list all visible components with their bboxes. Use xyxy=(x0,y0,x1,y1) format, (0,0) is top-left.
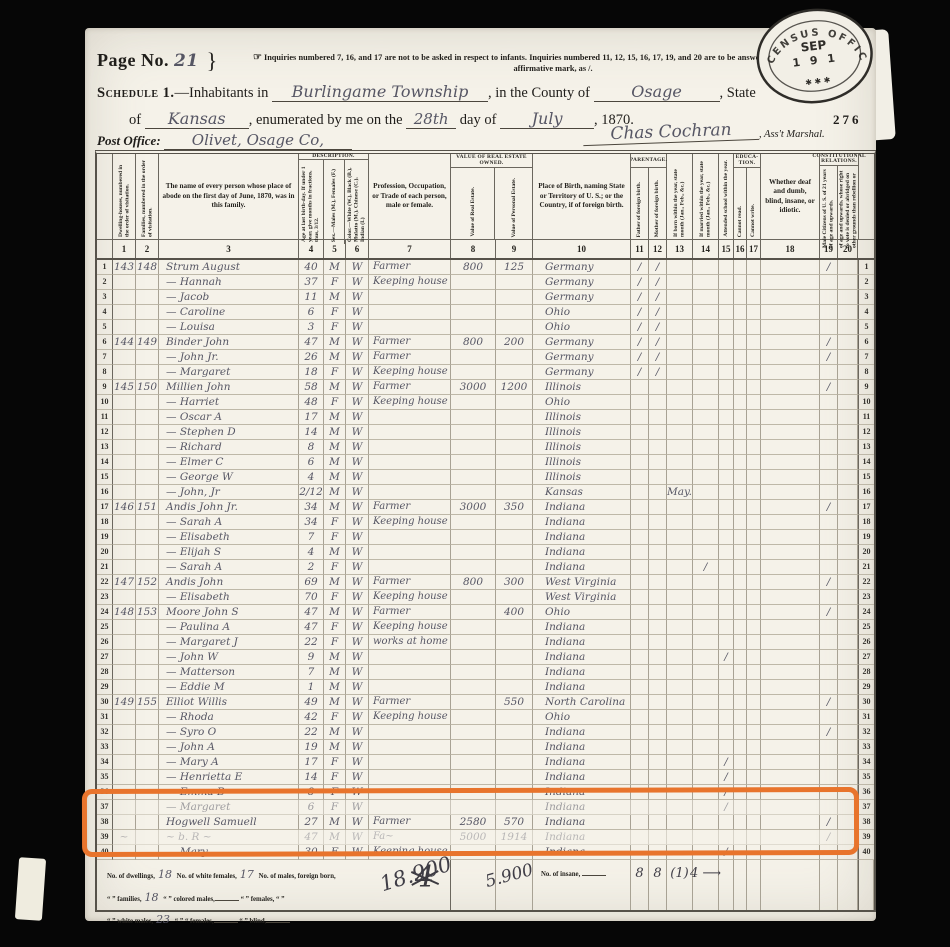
col18-label: Whether deaf and dumb, blind, insane, or… xyxy=(761,176,819,217)
line-number-left: 8 xyxy=(97,365,113,380)
cell-col: W xyxy=(346,290,369,305)
cell-fam xyxy=(136,455,159,470)
col13-header: If born within the year, state month (Ja… xyxy=(667,154,693,239)
cell-c16 xyxy=(734,395,747,410)
cell-dw xyxy=(113,680,136,695)
cell-c12: / xyxy=(649,290,667,305)
cell-c12 xyxy=(649,560,667,575)
cell-c13 xyxy=(667,275,693,290)
cell-dw xyxy=(113,350,136,365)
cell-occ xyxy=(369,665,451,680)
cell-c11 xyxy=(631,545,649,560)
cell-c14 xyxy=(693,665,719,680)
cell-sex: M xyxy=(324,470,346,485)
line-number-right: 39 xyxy=(858,830,874,845)
cell-c15 xyxy=(719,500,734,515)
cell-re xyxy=(451,560,496,575)
cell-c20 xyxy=(838,515,858,530)
line-number-right: 37 xyxy=(858,800,874,815)
cell-re xyxy=(451,695,496,710)
cell-c14 xyxy=(693,350,719,365)
cell-re xyxy=(451,305,496,320)
cell-birth: Indiana xyxy=(533,650,631,665)
col20-total-cell xyxy=(838,860,858,910)
cell-dw xyxy=(113,305,136,320)
cell-c15 xyxy=(719,305,734,320)
cell-birth: West Virginia xyxy=(533,590,631,605)
cell-dw: 148 xyxy=(113,605,136,620)
cell-c14 xyxy=(693,740,719,755)
cell-fam xyxy=(136,740,159,755)
cell-c20 xyxy=(838,545,858,560)
cell-age: 1 xyxy=(299,680,324,695)
cell-re: 800 xyxy=(451,260,496,275)
cell-age: 3 xyxy=(299,320,324,335)
cell-c15 xyxy=(719,410,734,425)
cell-c19: / xyxy=(820,575,838,590)
cell-c18 xyxy=(761,755,820,770)
cell-c18 xyxy=(761,290,820,305)
cell-c15 xyxy=(719,710,734,725)
cell-c12 xyxy=(649,605,667,620)
cell-c20 xyxy=(838,485,858,500)
cell-col: W xyxy=(346,365,369,380)
table-row: 7— John Jr.26MWFarmerGermany///7 xyxy=(97,350,874,365)
cell-c11 xyxy=(631,395,649,410)
cell-pe xyxy=(496,665,533,680)
cell-c11 xyxy=(631,620,649,635)
of-label: of xyxy=(129,112,141,128)
cell-c11 xyxy=(631,530,649,545)
cell-c13 xyxy=(667,740,693,755)
cell-c12 xyxy=(649,485,667,500)
enumerated-label: , enumerated by me on the xyxy=(249,112,403,128)
cell-c17 xyxy=(747,620,761,635)
cell-c11 xyxy=(631,725,649,740)
blank-line xyxy=(266,914,290,923)
cell-c18 xyxy=(761,320,820,335)
col7-header: Profession, Occupation, or Trade of each… xyxy=(369,154,451,239)
table-row: 11— Oscar A17MWIllinois11 xyxy=(97,410,874,425)
col20-label: Male Citizens of U. S. of 21 years of ag… xyxy=(838,166,858,250)
cell-c13 xyxy=(667,410,693,425)
column-number: 15 xyxy=(719,240,734,258)
cell-dw xyxy=(113,665,136,680)
cell-name: — Louisa xyxy=(159,320,299,335)
cell-c15 xyxy=(719,725,734,740)
line-number-right: 15 xyxy=(858,470,874,485)
cell-c19 xyxy=(820,395,838,410)
column-number: 16 xyxy=(734,240,747,258)
cell-c17 xyxy=(747,380,761,395)
cell-col: W xyxy=(346,665,369,680)
cell-pe: 200 xyxy=(496,335,533,350)
col20-header: Male Citizens of U. S. of 21 years of ag… xyxy=(838,166,858,250)
cell-age: 7 xyxy=(299,530,324,545)
parentage-group-label: Parentage. xyxy=(631,154,666,168)
cell-c13 xyxy=(667,635,693,650)
cell-dw xyxy=(113,410,136,425)
cell-dw: 146 xyxy=(113,500,136,515)
highlight-box-row-38 xyxy=(82,787,859,857)
cell-c18 xyxy=(761,530,820,545)
cell-c12 xyxy=(649,770,667,785)
cell-c16 xyxy=(734,290,747,305)
col17-label: Cannot write. xyxy=(750,202,756,239)
page-no-label: Page No. xyxy=(97,50,169,70)
cell-c15 xyxy=(719,335,734,350)
cell-c11 xyxy=(631,470,649,485)
cell-birth: Illinois xyxy=(533,455,631,470)
cell-re xyxy=(451,350,496,365)
cell-c20 xyxy=(838,320,858,335)
col14-header: If married within the year, state month … xyxy=(693,154,719,239)
table-header: Dwelling-houses, numbered in the order o… xyxy=(97,154,874,240)
col14-label: If married within the year, state month … xyxy=(699,155,712,239)
line-number-left: 16 xyxy=(97,485,113,500)
cell-col: W xyxy=(346,650,369,665)
cell-fam: 151 xyxy=(136,500,159,515)
cell-c12 xyxy=(649,515,667,530)
cell-c11 xyxy=(631,500,649,515)
cell-c13 xyxy=(667,665,693,680)
cell-c14 xyxy=(693,770,719,785)
cell-re xyxy=(451,290,496,305)
cell-c17 xyxy=(747,545,761,560)
cell-c19 xyxy=(820,425,838,440)
cell-dw: 144 xyxy=(113,335,136,350)
cell-c14 xyxy=(693,725,719,740)
cell-c20 xyxy=(838,770,858,785)
cell-pe xyxy=(496,275,533,290)
cell-col: W xyxy=(346,545,369,560)
cell-re xyxy=(451,605,496,620)
line-number-right: 20 xyxy=(858,545,874,560)
cell-name: — Hannah xyxy=(159,275,299,290)
cell-c13 xyxy=(667,560,693,575)
cell-pe: 400 xyxy=(496,605,533,620)
cell-fam xyxy=(136,470,159,485)
cell-c15 xyxy=(719,350,734,365)
cell-c14 xyxy=(693,710,719,725)
cell-c13 xyxy=(667,440,693,455)
cell-name: — George W xyxy=(159,470,299,485)
cell-birth: Ohio xyxy=(533,305,631,320)
cell-sex: F xyxy=(324,560,346,575)
col17-total-cell xyxy=(747,860,761,910)
cell-col: W xyxy=(346,335,369,350)
cell-name: — Eddie M xyxy=(159,680,299,695)
pointing-hand-icon: ☞ xyxy=(253,52,264,63)
cell-name: — Richard xyxy=(159,440,299,455)
col11-label: Father of foreign birth. xyxy=(636,180,642,239)
cell-pe xyxy=(496,530,533,545)
cell-sex: M xyxy=(324,605,346,620)
cell-birth: Illinois xyxy=(533,440,631,455)
cell-fam xyxy=(136,410,159,425)
cell-c18 xyxy=(761,440,820,455)
cell-name: — Paulina A xyxy=(159,620,299,635)
cell-c20 xyxy=(838,290,858,305)
line-number-right: 5 xyxy=(858,320,874,335)
line-number-left: 21 xyxy=(97,560,113,575)
cell-occ xyxy=(369,305,451,320)
cell-sex: M xyxy=(324,695,346,710)
cell-occ: Keeping house xyxy=(369,620,451,635)
cell-c16 xyxy=(734,440,747,455)
cell-col: W xyxy=(346,590,369,605)
cell-occ: Farmer xyxy=(369,575,451,590)
line-number-left: 30 xyxy=(97,695,113,710)
cell-col: W xyxy=(346,350,369,365)
col10-label: Place of Birth, naming State or Territor… xyxy=(533,180,630,212)
cell-dw xyxy=(113,290,136,305)
cell-c19: / xyxy=(820,605,838,620)
cell-col: W xyxy=(346,395,369,410)
cell-c16 xyxy=(734,650,747,665)
cell-col: W xyxy=(346,260,369,275)
col10-header: Place of Birth, naming State or Territor… xyxy=(533,154,631,239)
cell-birth: Indiana xyxy=(533,680,631,695)
cell-c19 xyxy=(820,620,838,635)
cell-c15: / xyxy=(719,755,734,770)
cell-col: W xyxy=(346,770,369,785)
line-number-left: 2 xyxy=(97,275,113,290)
line-number-right: 23 xyxy=(858,590,874,605)
line-number-right: 19 xyxy=(858,530,874,545)
cell-occ: Farmer xyxy=(369,605,451,620)
col5-header: Sex.—Males (M.), Females (F.) xyxy=(324,160,346,244)
cell-c16 xyxy=(734,320,747,335)
cell-c18 xyxy=(761,695,820,710)
cell-c18 xyxy=(761,560,820,575)
cell-birth: Ohio xyxy=(533,320,631,335)
cell-c19 xyxy=(820,470,838,485)
line-number-right: 17 xyxy=(858,500,874,515)
cell-name: — John Jr. xyxy=(159,350,299,365)
cell-c19 xyxy=(820,290,838,305)
line-number-right: 13 xyxy=(858,440,874,455)
col11-total: 8 xyxy=(631,860,649,910)
cell-c16 xyxy=(734,515,747,530)
cell-c16 xyxy=(734,695,747,710)
cell-c18 xyxy=(761,680,820,695)
cell-c20 xyxy=(838,755,858,770)
table-row: 25— Paulina A47FWKeeping houseIndiana25 xyxy=(97,620,874,635)
cell-re xyxy=(451,365,496,380)
cell-age: 22 xyxy=(299,725,324,740)
cell-fam xyxy=(136,560,159,575)
cell-birth: Kansas xyxy=(533,485,631,500)
cell-dw xyxy=(113,425,136,440)
cell-c14 xyxy=(693,455,719,470)
cell-age: 34 xyxy=(299,500,324,515)
cell-c11: / xyxy=(631,365,649,380)
cell-c11 xyxy=(631,380,649,395)
cell-c11 xyxy=(631,455,649,470)
cell-name: Strum August xyxy=(159,260,299,275)
cell-c17 xyxy=(747,755,761,770)
col5-label: Sex.—Males (M.), Females (F.) xyxy=(331,167,337,244)
cell-c17 xyxy=(747,605,761,620)
cell-fam xyxy=(136,545,159,560)
line-number-right: 16 xyxy=(858,485,874,500)
cell-c17 xyxy=(747,770,761,785)
cell-c19 xyxy=(820,365,838,380)
dwellings-label: No. of dwellings, xyxy=(107,873,155,880)
line-number-left: 19 xyxy=(97,530,113,545)
post-office-handwritten: Olivet, Osage Co, xyxy=(164,133,352,150)
cell-c15 xyxy=(719,290,734,305)
cell-pe xyxy=(496,635,533,650)
cell-birth: Indiana xyxy=(533,635,631,650)
cell-c13 xyxy=(667,500,693,515)
cell-occ xyxy=(369,740,451,755)
cell-fam: 152 xyxy=(136,575,159,590)
cell-birth: Indiana xyxy=(533,515,631,530)
table-row: 26— Margaret J22FWworks at homeIndiana26 xyxy=(97,635,874,650)
cell-c15 xyxy=(719,605,734,620)
table-row: 17146151Andis John Jr.34MWFarmer3000350I… xyxy=(97,500,874,515)
cell-re xyxy=(451,665,496,680)
line-number-right: 26 xyxy=(858,635,874,650)
cell-c16 xyxy=(734,575,747,590)
cell-c19 xyxy=(820,305,838,320)
cell-name: — Oscar A xyxy=(159,410,299,425)
cell-c14 xyxy=(693,755,719,770)
cell-occ: works at home xyxy=(369,635,451,650)
cell-c12 xyxy=(649,695,667,710)
table-row: 32— Syro O22MWIndiana/32 xyxy=(97,725,874,740)
month-handwritten: July xyxy=(500,111,594,129)
cell-c20 xyxy=(838,635,858,650)
cell-birth: Indiana xyxy=(533,740,631,755)
day-handwritten: 28th xyxy=(406,112,456,129)
cell-c11 xyxy=(631,410,649,425)
cell-birth: Ohio xyxy=(533,395,631,410)
cell-pe xyxy=(496,515,533,530)
cell-c16 xyxy=(734,680,747,695)
cell-pe xyxy=(496,560,533,575)
cell-c17 xyxy=(747,500,761,515)
page-number-line: Page No. 21} xyxy=(97,48,218,74)
cell-age: 11 xyxy=(299,290,324,305)
cell-c13 xyxy=(667,770,693,785)
insane-cell: No. of insane, xyxy=(533,860,631,910)
value-owned-group-label: Value of Real Estate owned. xyxy=(451,154,532,168)
cell-occ xyxy=(369,485,451,500)
col6-label: Color.—White (W.), Black (B.), Mulatto (… xyxy=(347,160,366,244)
cell-c17 xyxy=(747,575,761,590)
cell-c20 xyxy=(838,620,858,635)
line-number-left: 12 xyxy=(97,425,113,440)
cell-name: — Sarah A xyxy=(159,560,299,575)
cell-c15 xyxy=(719,545,734,560)
line-number-right: 29 xyxy=(858,680,874,695)
cell-name: — Margaret xyxy=(159,365,299,380)
col14-total: 4 ⟶ xyxy=(693,860,719,910)
cell-c11 xyxy=(631,650,649,665)
cell-sex: F xyxy=(324,620,346,635)
cell-c13 xyxy=(667,695,693,710)
cell-occ xyxy=(369,290,451,305)
line-number-right: 10 xyxy=(858,395,874,410)
cell-dw xyxy=(113,365,136,380)
cell-c15 xyxy=(719,485,734,500)
cell-c14 xyxy=(693,305,719,320)
cell-c17 xyxy=(747,440,761,455)
cell-dw xyxy=(113,515,136,530)
cell-c18 xyxy=(761,605,820,620)
cell-fam xyxy=(136,755,159,770)
township-handwritten: Burlingame Township xyxy=(272,84,488,102)
cell-c17 xyxy=(747,515,761,530)
cell-pe xyxy=(496,545,533,560)
cell-birth: Germany xyxy=(533,365,631,380)
cell-fam: 148 xyxy=(136,260,159,275)
table-row: 5— Louisa3FWOhio//5 xyxy=(97,320,874,335)
cell-occ xyxy=(369,455,451,470)
cell-re xyxy=(451,395,496,410)
cell-birth: Illinois xyxy=(533,425,631,440)
cell-c15 xyxy=(719,455,734,470)
cell-c19 xyxy=(820,755,838,770)
state-handwritten: Kansas xyxy=(145,111,249,129)
cell-dw xyxy=(113,650,136,665)
table-row: 8— Margaret18FWKeeping houseGermany//8 xyxy=(97,365,874,380)
table-row: 34— Mary A17FWIndiana/34 xyxy=(97,755,874,770)
col1-label: Dwelling-houses, numbered in the order o… xyxy=(118,155,131,239)
cell-c11 xyxy=(631,590,649,605)
cell-col: W xyxy=(346,485,369,500)
cell-dw: 147 xyxy=(113,575,136,590)
cell-age: 37 xyxy=(299,275,324,290)
cell-re xyxy=(451,515,496,530)
cell-c18 xyxy=(761,545,820,560)
cell-fam: 149 xyxy=(136,335,159,350)
line-number-right: 33 xyxy=(858,740,874,755)
cell-c12 xyxy=(649,635,667,650)
col19-label: Male Citizens of U. S. of 21 years of ag… xyxy=(822,166,835,250)
cell-c17 xyxy=(747,320,761,335)
cell-dw: 145 xyxy=(113,380,136,395)
cell-re xyxy=(451,725,496,740)
cell-name: — Rhoda xyxy=(159,710,299,725)
cell-dw xyxy=(113,395,136,410)
cell-c18 xyxy=(761,455,820,470)
column-number: 17 xyxy=(747,240,761,258)
cell-c13 xyxy=(667,515,693,530)
cell-c18 xyxy=(761,590,820,605)
marshal-label: , Ass't Marshal. xyxy=(759,129,825,140)
cell-c13 xyxy=(667,530,693,545)
cell-c15 xyxy=(719,740,734,755)
line-number-left: 5 xyxy=(97,320,113,335)
cell-occ: Keeping house xyxy=(369,275,451,290)
cell-name: — Syro O xyxy=(159,725,299,740)
cell-age: 22 xyxy=(299,635,324,650)
cell-age: 14 xyxy=(299,770,324,785)
cell-sex: M xyxy=(324,290,346,305)
cell-c18 xyxy=(761,365,820,380)
cell-c15: / xyxy=(719,650,734,665)
line-number-right: 9 xyxy=(858,380,874,395)
column-number-row: 1234567891011121314151617181920 xyxy=(97,240,874,260)
cell-c15 xyxy=(719,635,734,650)
cell-birth: Indiana xyxy=(533,500,631,515)
cell-sex: M xyxy=(324,680,346,695)
cell-c13 xyxy=(667,650,693,665)
